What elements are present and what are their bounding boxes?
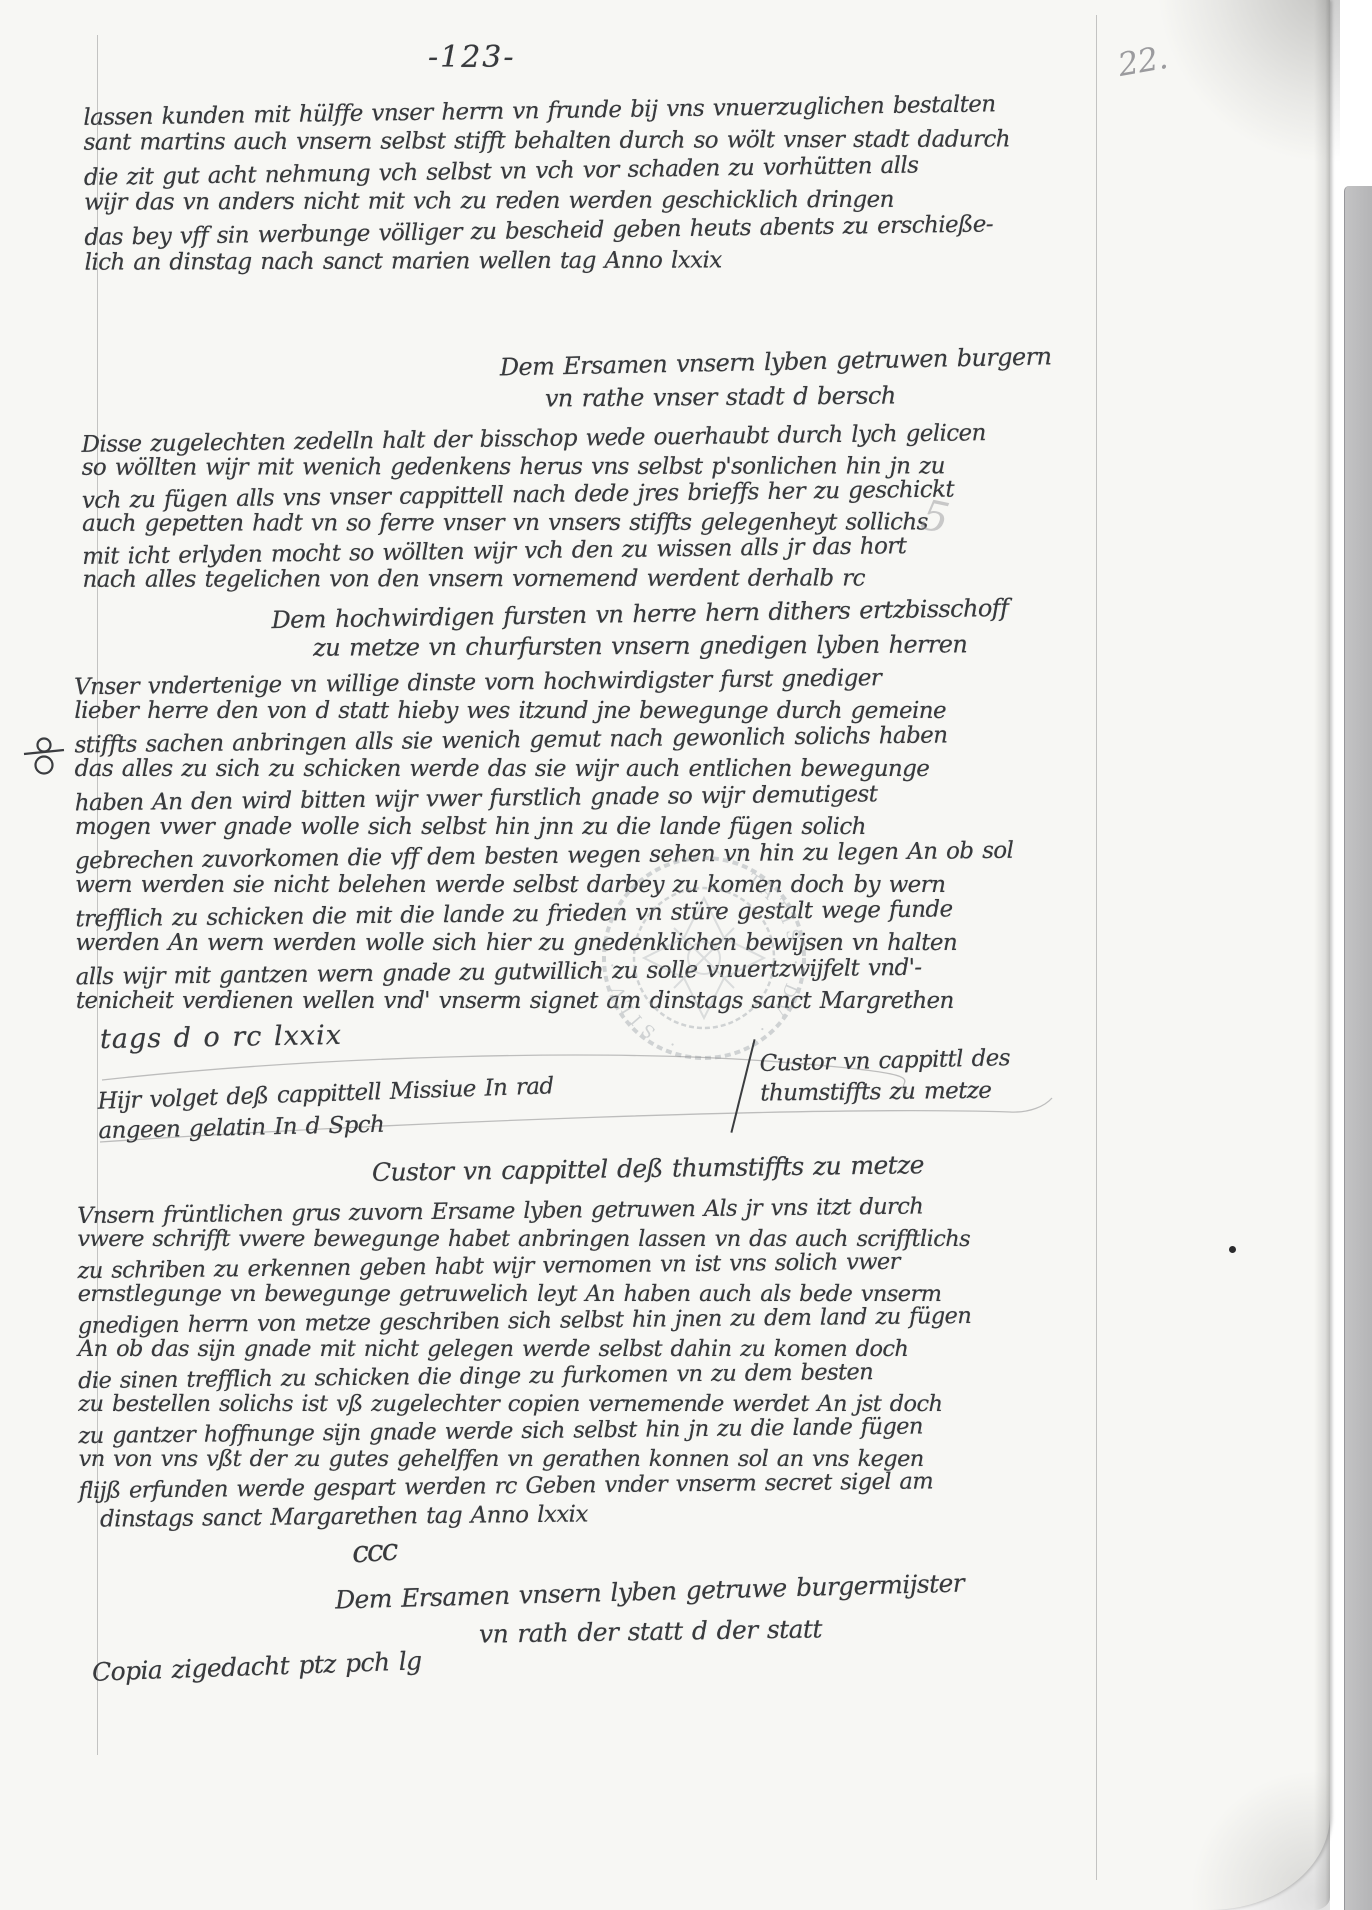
right-fold-line [1096, 15, 1097, 1880]
handwritten-line: zu schriben zu erkennen geben habt wijr … [77, 1248, 971, 1286]
page-number: -123- [428, 40, 516, 75]
handwritten-line: die sinen trefflich zu schicken die ding… [78, 1358, 972, 1396]
handwritten-line: zu metze vn churfursten vnsern gnedigen … [230, 628, 1050, 664]
date-line-2: dinstags sanct Margarethen tag Anno lxxi… [100, 1501, 588, 1532]
handwritten-line: Custor vn cappittl des [759, 1043, 1010, 1080]
manuscript-scan: -123- 22. lassen kunden mit hülffe vnser… [0, 0, 1372, 1910]
handwritten-line: vn rathe vnser stadt d bersch [500, 378, 940, 416]
date-line-1: tags d o rc lxxix [100, 1020, 342, 1055]
paragraph-2: Disse zugelechten zedelln halt der bissc… [81, 422, 986, 596]
paragraph-1: lassen kunden mit hülffe vnser herrn vn … [83, 92, 1011, 280]
flourish-ccc: ccc [351, 1532, 398, 1570]
note-left: Hijr volget deß cappittell Missiue In ra… [97, 1072, 555, 1149]
page-corner-shadow-bottom [1180, 1760, 1330, 1910]
handwritten-line: lich an dinstag nach sanct marien wellen… [85, 244, 1011, 277]
page-torn-edge [1314, 0, 1330, 1910]
handwritten-line: tenicheit verdienen wellen vnd' vnserm s… [76, 987, 1014, 1016]
handwritten-line: gnedigen herrn von metze geschriben sich… [78, 1303, 972, 1341]
backing-board-strip [1344, 186, 1372, 1910]
paragraph-3: Vnser vndertenige vn willige dinste vorn… [74, 666, 1014, 1019]
handwritten-line: zu gantzer hoffnunge sijn gnade werde si… [78, 1413, 972, 1451]
address-block-citizens: Dem Ersamen vnsern lyben getruwen burger… [500, 343, 941, 417]
handwritten-line: nach alles tegelichen von den vnsern vor… [82, 564, 986, 594]
note-right: Custor vn cappittl desthumstiffts zu met… [759, 1044, 1010, 1110]
paragraph-4: Vnsern früntlichen grus zuvorn Ersame ly… [77, 1196, 972, 1503]
heading-bishop-address: Dem hochwirdigen fursten vn herre hern d… [230, 594, 1051, 667]
address-block-burgermeister: Dem Ersamen vnsern lyben getruwe burgerm… [249, 1564, 1051, 1661]
ink-dot [1229, 1246, 1236, 1253]
handwritten-line: thumstiffts zu metze [760, 1075, 1011, 1109]
